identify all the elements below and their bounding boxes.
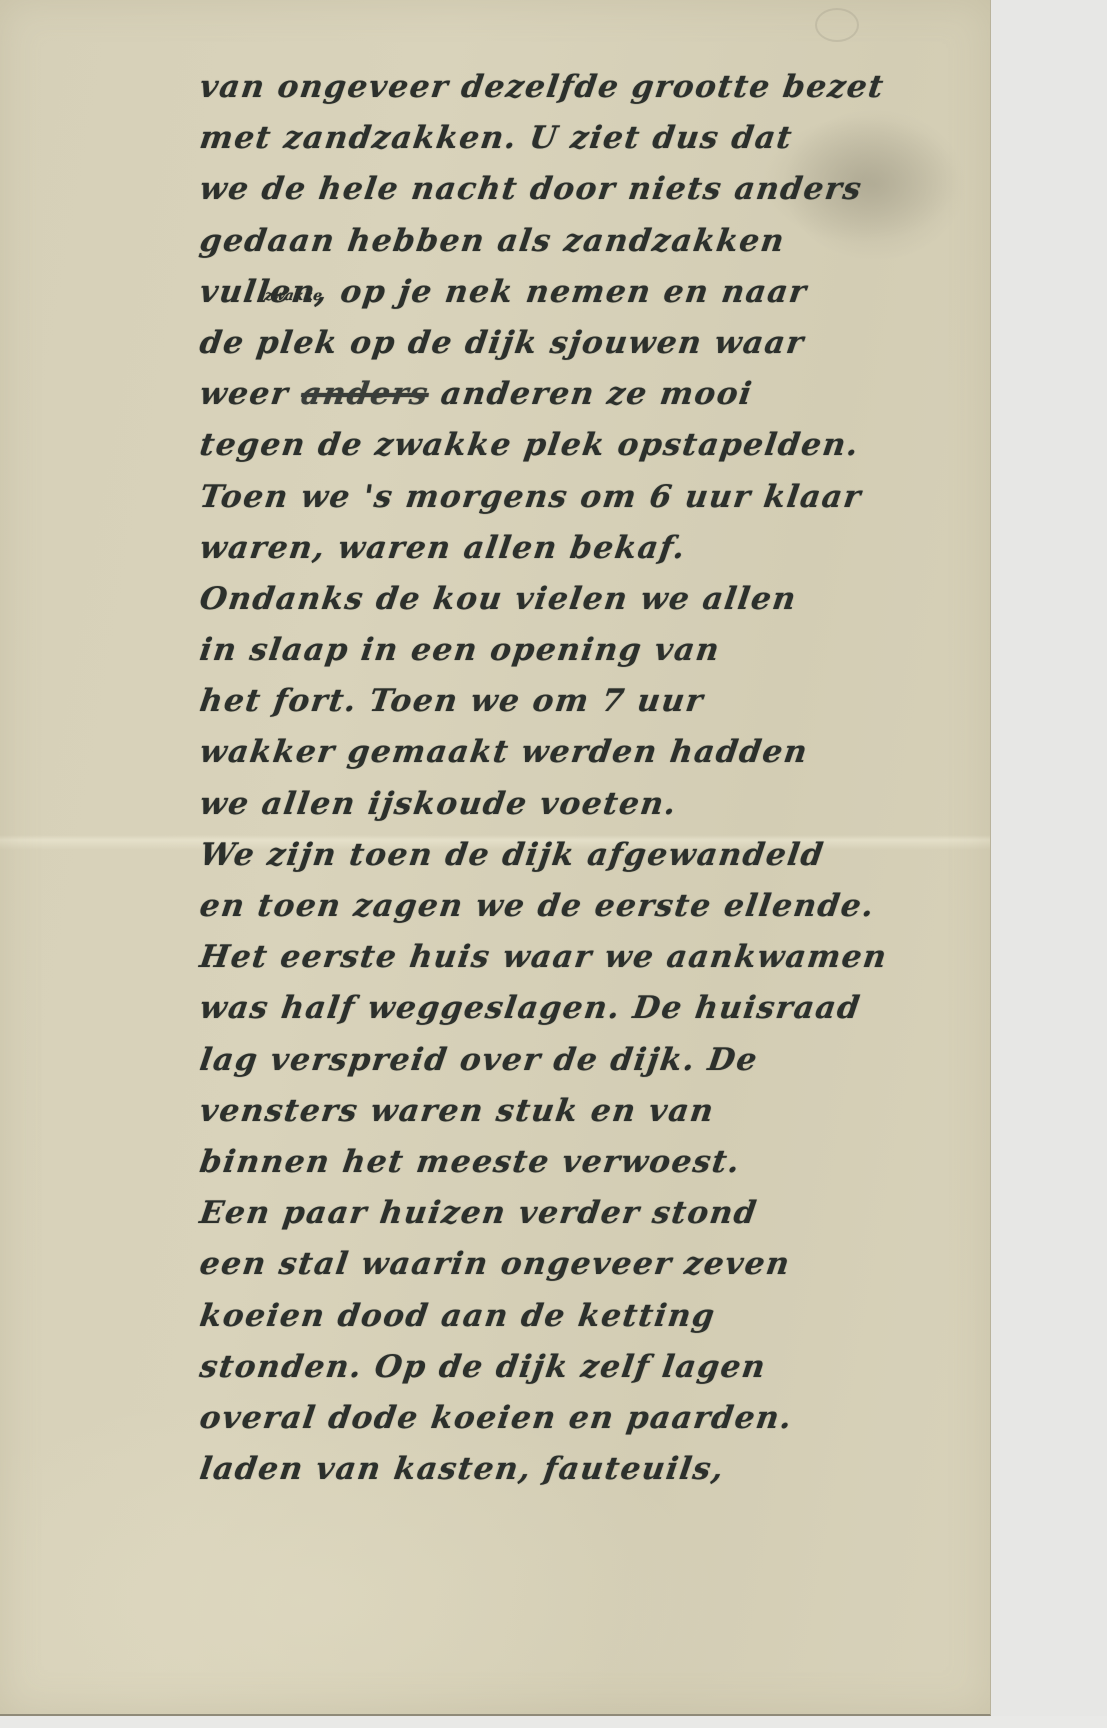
text-line: lag verspreid over de dijk. De <box>196 1035 993 1086</box>
text-line-with-insertion: zwakke de plek op de dijk sjouwen waar <box>196 318 993 369</box>
text-line: gedaan hebben als zandzakken <box>196 216 993 267</box>
text-line: Een paar huizen verder stond <box>196 1188 993 1239</box>
text-line: Het eerste huis waar we aankwamen <box>196 932 993 983</box>
text-line: waren, waren allen bekaf. <box>196 523 993 574</box>
struck-word: anders <box>299 376 431 412</box>
text-line: Ondanks de kou vielen we allen <box>196 574 993 625</box>
text-line: binnen het meeste verwoest. <box>196 1137 993 1188</box>
text-before-strike: weer <box>198 376 304 412</box>
text-line: en toen zagen we de eerste ellende. <box>196 881 993 932</box>
interlinear-insertion: zwakke <box>264 288 324 304</box>
text-line: met zandzakken. U ziet dus dat <box>196 113 993 164</box>
letter-page: van ongeveer dezelfde grootte bezet met … <box>0 0 991 1716</box>
scan-frame-right <box>991 0 1107 1728</box>
text-line: laden van kasten, fauteuils, <box>196 1444 993 1495</box>
page-number-mark <box>815 8 859 42</box>
text-line: we de hele nacht door niets anders <box>196 164 993 215</box>
text-line: in slaap in een opening van <box>196 625 993 676</box>
text-line: tegen de zwakke plek opstapelden. <box>196 420 993 471</box>
text-line: We zijn toen de dijk afgewandeld <box>196 830 993 881</box>
text-line: we allen ijskoude voeten. <box>196 779 993 830</box>
text-line: het fort. Toen we om 7 uur <box>196 676 993 727</box>
text-line: een stal waarin ongeveer zeven <box>196 1239 993 1290</box>
text-line: overal dode koeien en paarden. <box>196 1393 993 1444</box>
text-line-content: de plek op de dijk sjouwen waar <box>198 325 807 361</box>
text-line: koeien dood aan de ketting <box>196 1291 993 1342</box>
text-line: wakker gemaakt werden hadden <box>196 727 993 778</box>
text-line: van ongeveer dezelfde grootte bezet <box>196 62 993 113</box>
text-line-with-strikethrough: weer anders anderen ze mooi <box>196 369 993 420</box>
text-line: Toen we 's morgens om 6 uur klaar <box>196 472 993 523</box>
handwritten-text: van ongeveer dezelfde grootte bezet met … <box>200 62 990 1495</box>
text-line: stonden. Op de dijk zelf lagen <box>196 1342 993 1393</box>
scan-frame-bottom <box>0 1716 1107 1728</box>
text-line: vensters waren stuk en van <box>196 1086 993 1137</box>
text-after-strike: anderen ze mooi <box>426 376 755 412</box>
text-line: was half weggeslagen. De huisraad <box>196 983 993 1034</box>
